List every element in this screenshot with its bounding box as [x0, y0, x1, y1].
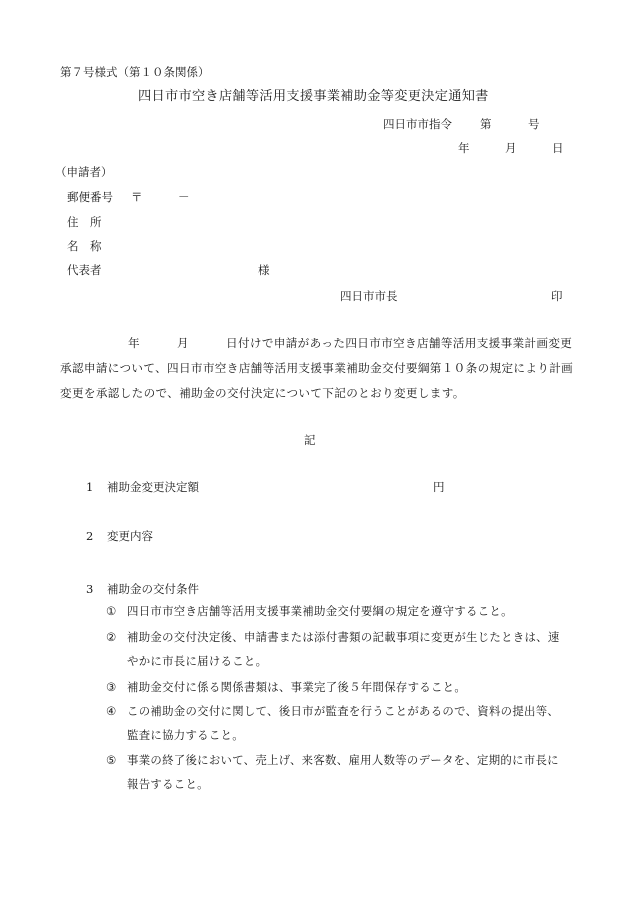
seal-mark: 印 — [551, 289, 563, 303]
name-label: 名 称 — [67, 239, 102, 253]
issuer-name: 四日市市長 — [340, 289, 398, 303]
ki-heading: 記 — [304, 433, 316, 447]
address-label: 住 所 — [67, 215, 102, 229]
condition-line: 事業の終了後において、売上げ、来客数、雇用人数等のデータを、定期的に市長に — [127, 753, 559, 767]
condition-line: 報告すること。 — [127, 777, 209, 791]
reference-go: 号 — [528, 117, 540, 131]
condition-line: やかに市長に届けること。 — [127, 654, 267, 668]
item-label: 補助金の交付条件 — [107, 582, 199, 596]
condition-line: 監査に協力すること。 — [127, 728, 244, 742]
postal-dash: － — [178, 190, 190, 204]
condition-mark: ① — [106, 604, 117, 618]
body-year: 年 — [128, 336, 140, 350]
condition-line: 四日市市空き店舗等活用支援事業補助金交付要綱の規定を遵守すること。 — [127, 604, 513, 618]
postal-mark: 〒 — [131, 190, 143, 204]
postal-code-label: 郵便番号 — [67, 190, 113, 204]
condition-line: 補助金の交付決定後、申請書または添付書類の記載事項に変更が生じたときは、速 — [127, 630, 560, 644]
date-day: 日 — [552, 141, 564, 155]
form-label: 第７号様式（第１０条関係） — [60, 65, 210, 79]
condition-line: 補助金交付に係る関係書類は、事業完了後５年間保存すること。 — [127, 680, 466, 694]
item-number: 3 — [86, 582, 93, 596]
item-label: 変更内容 — [107, 529, 153, 543]
body-month: 月 — [177, 336, 189, 350]
condition-line: この補助金の交付に関して、後日市が監査を行うことがあるので、資料の提出等、 — [127, 704, 559, 718]
item-number: 1 — [86, 480, 93, 494]
representative-label: 代表者 — [67, 263, 102, 277]
condition-mark: ④ — [106, 704, 117, 718]
document-title: 四日市市空き店舗等活用支援事業補助金等変更決定通知書 — [138, 90, 489, 104]
reference-prefix: 四日市市指令 — [383, 117, 452, 131]
honorific-sama: 様 — [258, 263, 270, 277]
condition-mark: ③ — [106, 680, 117, 694]
yen-suffix: 円 — [433, 480, 445, 494]
body-line2: 承認申請について、四日市市空き店舗等活用支援事業補助金交付要綱第１０条の規定によ… — [60, 361, 573, 375]
item-number: 2 — [86, 529, 93, 543]
item-label: 補助金変更決定額 — [107, 480, 199, 494]
condition-mark: ② — [106, 630, 117, 644]
condition-mark: ⑤ — [106, 753, 117, 767]
date-year: 年 — [458, 141, 470, 155]
body-line1: 日付けで申請があった四日市市空き店舗等活用支援事業計画変更 — [226, 336, 572, 350]
reference-dai: 第 — [480, 117, 492, 131]
date-month: 月 — [505, 141, 517, 155]
applicant-heading: （申請者） — [55, 165, 113, 179]
body-line3: 変更を承認したので、補助金の交付決定について下記のとおり変更します。 — [60, 386, 465, 400]
